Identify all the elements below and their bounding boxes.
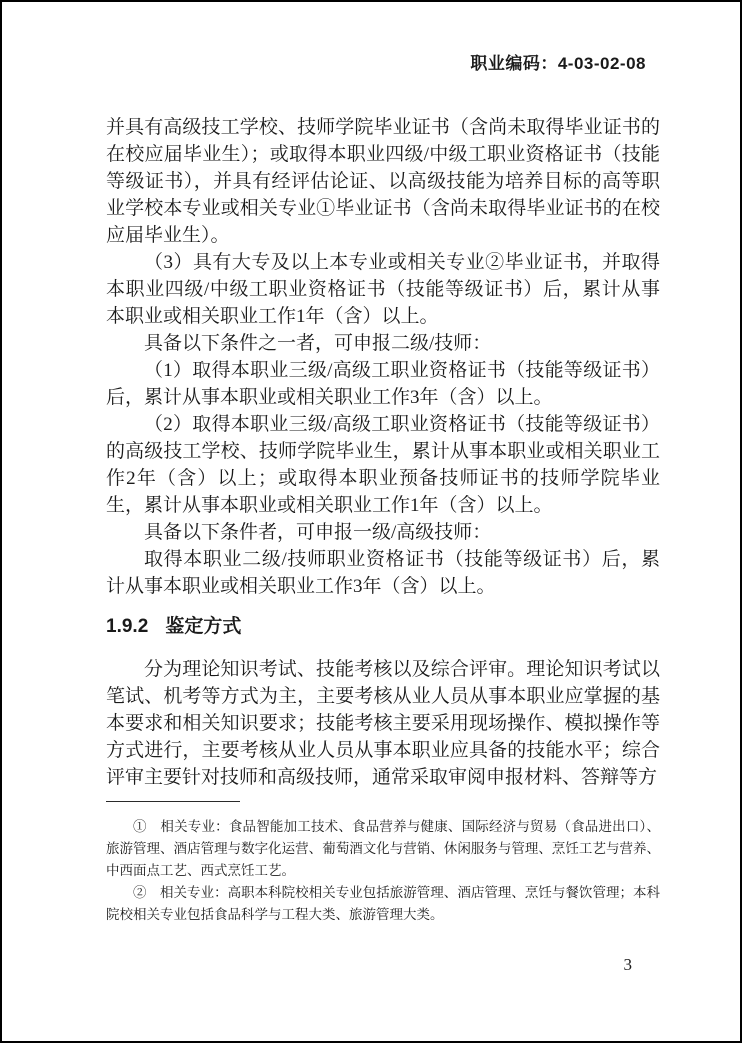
footnote-1: ① 相关专业：食品智能加工技术、食品营养与健康、国际经济与贸易（食品进出口）、旅… bbox=[106, 816, 660, 882]
page-number: 3 bbox=[624, 955, 633, 975]
body-paragraph-continuation: 并具有高级技工学校、技师学院毕业证书（含尚未取得毕业证书的在校应届毕业生）；或取… bbox=[106, 114, 660, 249]
section-title: 鉴定方式 bbox=[165, 616, 241, 637]
occupation-code-header: 职业编码：4-03-02-08 bbox=[106, 53, 660, 75]
body-paragraph-tier2-intro: 具备以下条件之一者，可申报二级/技师： bbox=[106, 330, 660, 357]
section-heading: 1.9.2鉴定方式 bbox=[106, 614, 660, 640]
footnote-2: ② 相关专业：高职本科院校相关专业包括旅游管理、酒店管理、烹饪与餐饮管理；本科院… bbox=[106, 882, 660, 926]
section-paragraph-assessment-methods: 分为理论知识考试、技能考核以及综合评审。理论知识考试以笔试、机考等方式为主，主要… bbox=[106, 656, 660, 791]
body-paragraph-tier2-item-2: （2）取得本职业三级/高级工职业资格证书（技能等级证书）的高级技工学校、技师学院… bbox=[106, 411, 660, 519]
section-number: 1.9.2 bbox=[106, 616, 148, 637]
body-paragraph-tier1-intro: 具备以下条件者，可申报一级/高级技师： bbox=[106, 519, 660, 546]
body-paragraph-tier1-requirement: 取得本职业二级/技师职业资格证书（技能等级证书）后，累计从事本职业或相关职业工作… bbox=[106, 546, 660, 600]
footnote-separator-line bbox=[106, 801, 240, 802]
document-page: 职业编码：4-03-02-08 并具有高级技工学校、技师学院毕业证书（含尚未取得… bbox=[0, 0, 742, 1043]
body-paragraph-tier2-item-1: （1）取得本职业三级/高级工职业资格证书（技能等级证书）后，累计从事本职业或相关… bbox=[106, 357, 660, 411]
footnotes-block: ① 相关专业：食品智能加工技术、食品营养与健康、国际经济与贸易（食品进出口）、旅… bbox=[106, 816, 660, 926]
section-body-block: 分为理论知识考试、技能考核以及综合评审。理论知识考试以笔试、机考等方式为主，主要… bbox=[106, 656, 660, 791]
body-text-block: 并具有高级技工学校、技师学院毕业证书（含尚未取得毕业证书的在校应届毕业生）；或取… bbox=[106, 114, 660, 600]
page-content: 职业编码：4-03-02-08 并具有高级技工学校、技师学院毕业证书（含尚未取得… bbox=[106, 53, 660, 926]
body-paragraph-item-3: （3）具有大专及以上本专业或相关专业②毕业证书，并取得本职业四级/中级工职业资格… bbox=[106, 249, 660, 330]
